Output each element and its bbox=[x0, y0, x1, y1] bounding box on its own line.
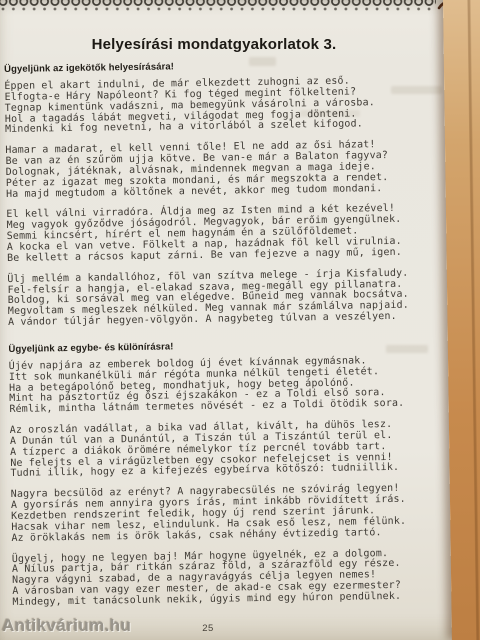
sentence-paragraph: Az oroszlán vadállat, a bika vad állat, … bbox=[10, 419, 447, 480]
page-number: 25 bbox=[196, 623, 220, 634]
sentence-paragraph: Ügyelj, hogy ne legyen baj! Már hogyne ü… bbox=[12, 548, 449, 609]
sentence-paragraph: Éppen el akart indulni, de már elkezdett… bbox=[4, 75, 441, 136]
sentence-paragraph: Nagyra becsülöd az erényt? A nagyrabecsü… bbox=[11, 483, 448, 544]
sentence-paragraph: El kell válni virradóra. Áldja meg az Is… bbox=[6, 204, 443, 265]
scanned-page: Helyesírási mondatgyakorlatok 3. Ügyeljü… bbox=[0, 0, 480, 640]
watermark-antikvarium: Antikvárium.hu bbox=[2, 616, 131, 636]
sentence-paragraph: Ülj mellém a kandallóhoz, föl van szítva… bbox=[7, 268, 444, 329]
section-heading-egybe-kuloniras: Ügyeljünk az egybe- és különírásra! bbox=[8, 337, 444, 355]
sentence-paragraph: Újév napjára az emberek boldog új évet k… bbox=[9, 355, 446, 416]
sentence-paragraph: Hamar a madarat, el kell venni tőle! El … bbox=[5, 139, 442, 200]
page-title: Helyesírási mondatgyakorlatok 3. bbox=[0, 36, 428, 53]
exercise-text-block: Ügyeljünk az igekötők helyesírására! Épp… bbox=[4, 57, 449, 619]
spiral-binding-icon bbox=[0, 0, 436, 14]
